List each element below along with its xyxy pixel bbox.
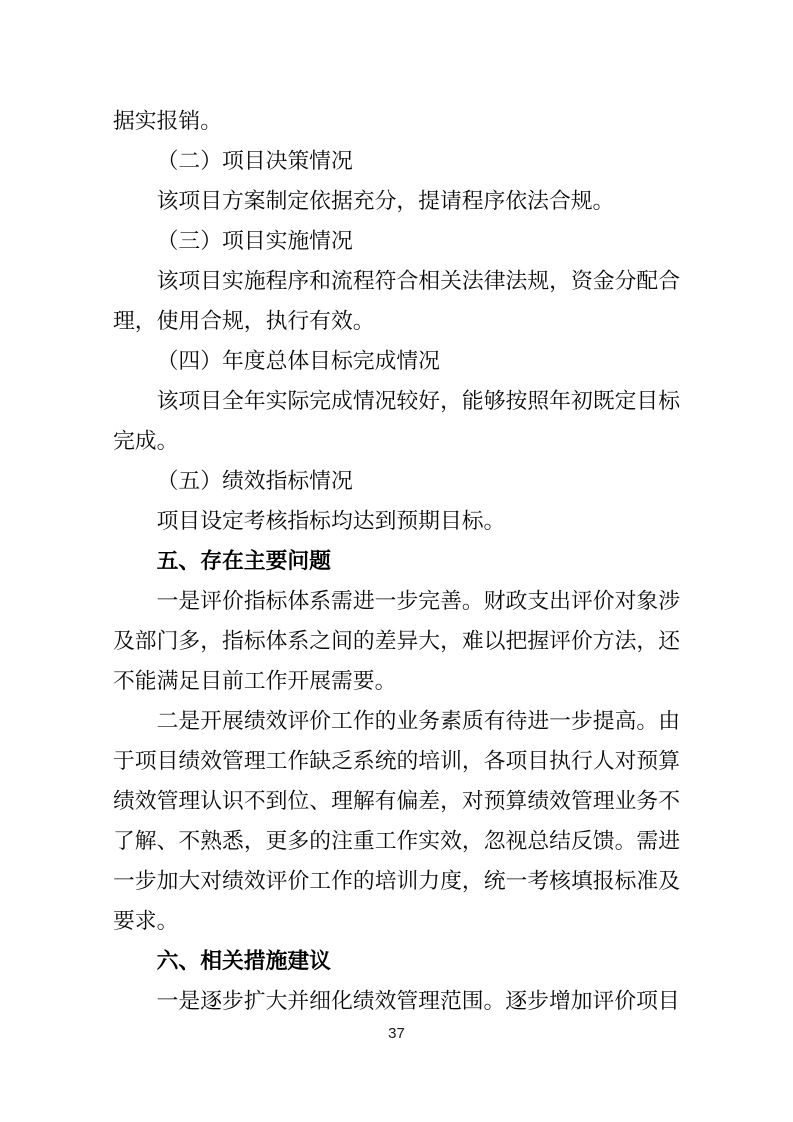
paragraph: （三）项目实施情况 bbox=[113, 221, 680, 261]
paragraph: （二）项目决策情况 bbox=[113, 141, 680, 181]
page-number: 37 bbox=[388, 1025, 405, 1042]
paragraph: 项目设定考核指标均达到预期目标。 bbox=[113, 501, 680, 541]
paragraph: （四）年度总体目标完成情况 bbox=[113, 341, 680, 381]
paragraph: 二是开展绩效评价工作的业务素质有待进一步提高。由于项目绩效管理工作缺乏系统的培训… bbox=[113, 701, 680, 941]
document-page: 据实报销。（二）项目决策情况该项目方案制定依据充分，提请程序依法合规。（三）项目… bbox=[0, 0, 793, 1122]
paragraph: 据实报销。 bbox=[113, 101, 680, 141]
section-heading: 六、相关措施建议 bbox=[113, 941, 680, 981]
paragraph: 一是评价指标体系需进一步完善。财政支出评价对象涉及部门多，指标体系之间的差异大，… bbox=[113, 581, 680, 701]
paragraph: 一是逐步扩大并细化绩效管理范围。逐步增加评价项目 bbox=[113, 981, 680, 1021]
paragraph: 该项目方案制定依据充分，提请程序依法合规。 bbox=[113, 181, 680, 221]
section-heading: 五、存在主要问题 bbox=[113, 541, 680, 581]
page-footer: 37 bbox=[0, 1024, 793, 1044]
paragraph: 该项目全年实际完成情况较好，能够按照年初既定目标完成。 bbox=[113, 381, 680, 461]
paragraph: （五）绩效指标情况 bbox=[113, 461, 680, 501]
document-content: 据实报销。（二）项目决策情况该项目方案制定依据充分，提请程序依法合规。（三）项目… bbox=[113, 101, 680, 1021]
paragraph: 该项目实施程序和流程符合相关法律法规，资金分配合理，使用合规，执行有效。 bbox=[113, 261, 680, 341]
